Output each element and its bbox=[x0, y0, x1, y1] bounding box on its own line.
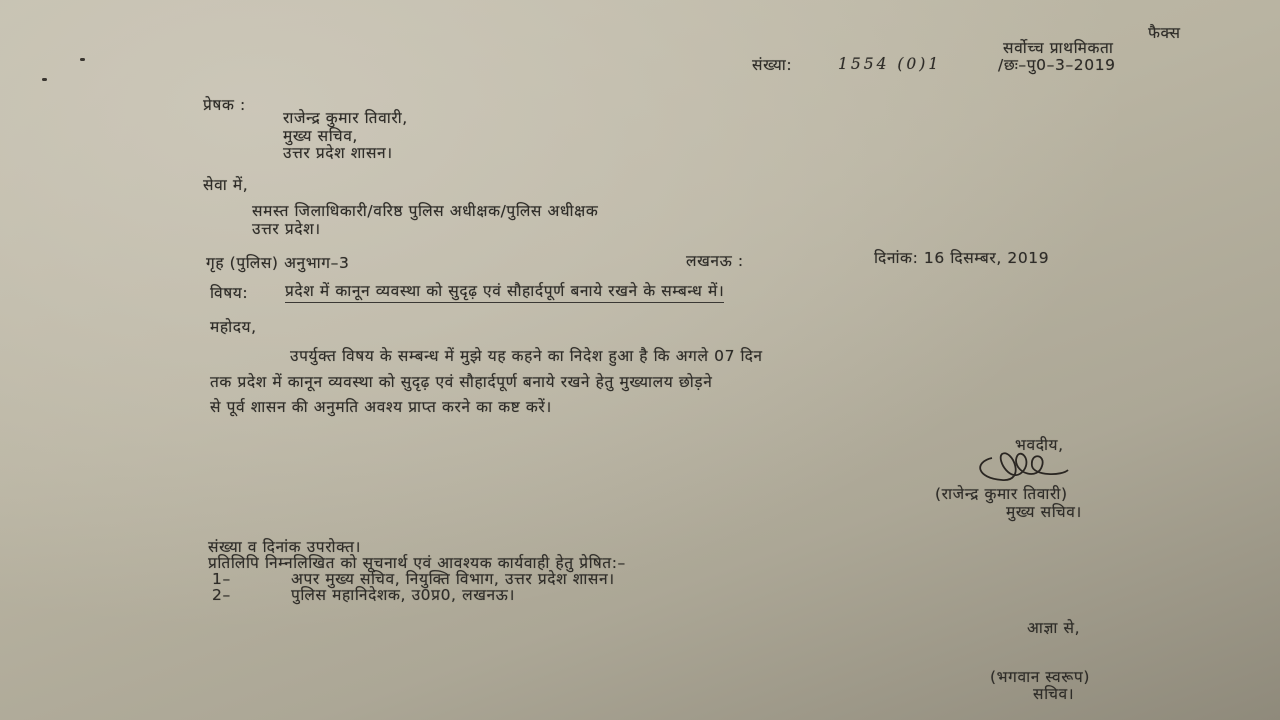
sender-name: राजेन्द्र कुमार तिवारी, bbox=[283, 111, 408, 127]
salutation: महोदय, bbox=[210, 320, 257, 336]
reference-label: संख्या: bbox=[752, 58, 792, 74]
copy-item-2-text: पुलिस महानिदेशक, उ0प्र0, लखनऊ। bbox=[291, 588, 515, 604]
priority-label: सर्वोच्च प्राथमिकता bbox=[1003, 41, 1114, 57]
letter-page: फैक्स सर्वोच्च प्राथमिकता संख्या: 1554 (… bbox=[0, 0, 1280, 720]
paper-speck bbox=[42, 78, 47, 81]
closing-name: (राजेन्द्र कुमार तिवारी) bbox=[935, 487, 1068, 503]
subject-label: विषय: bbox=[210, 286, 248, 302]
reference-suffix: /छः–पु0–3–2019 bbox=[998, 58, 1116, 74]
sender-label: प्रेषक : bbox=[203, 98, 246, 114]
paper-speck bbox=[80, 58, 85, 61]
closing-designation: मुख्य सचिव। bbox=[1006, 505, 1082, 521]
reference-number-handwritten: 1554 (0)1 bbox=[838, 57, 941, 73]
recipient-label: सेवा में, bbox=[203, 178, 248, 194]
signature-icon bbox=[972, 440, 1072, 488]
order-name: (भगवान स्वरूप) bbox=[990, 670, 1090, 686]
by-order-label: आज्ञा से, bbox=[1027, 621, 1080, 637]
body-line-1: उपर्युक्त विषय के सम्बन्ध में मुझे यह कह… bbox=[290, 349, 763, 365]
subject-text: प्रदेश में कानून व्यवस्था को सुदृढ़ एवं … bbox=[285, 284, 724, 303]
recipient-line-2: उत्तर प्रदेश। bbox=[252, 222, 321, 238]
department-label: गृह (पुलिस) अनुभाग–3 bbox=[206, 256, 349, 272]
copy-item-2-number: 2– bbox=[212, 588, 231, 604]
fax-label: फैक्स bbox=[1148, 26, 1181, 42]
letter-date: दिनांक: 16 दिसम्बर, 2019 bbox=[874, 251, 1049, 267]
body-line-3: से पूर्व शासन की अनुमति अवश्य प्राप्त कर… bbox=[210, 400, 552, 416]
body-line-2: तक प्रदेश में कानून व्यवस्था को सुदृढ़ ए… bbox=[210, 375, 712, 391]
order-designation: सचिव। bbox=[1033, 687, 1074, 703]
recipient-line-1: समस्त जिलाधिकारी/वरिष्ठ पुलिस अधीक्षक/पु… bbox=[252, 204, 598, 220]
place-label: लखनऊ : bbox=[686, 254, 744, 270]
sender-office: उत्तर प्रदेश शासन। bbox=[283, 146, 393, 162]
sender-designation: मुख्य सचिव, bbox=[283, 129, 358, 145]
